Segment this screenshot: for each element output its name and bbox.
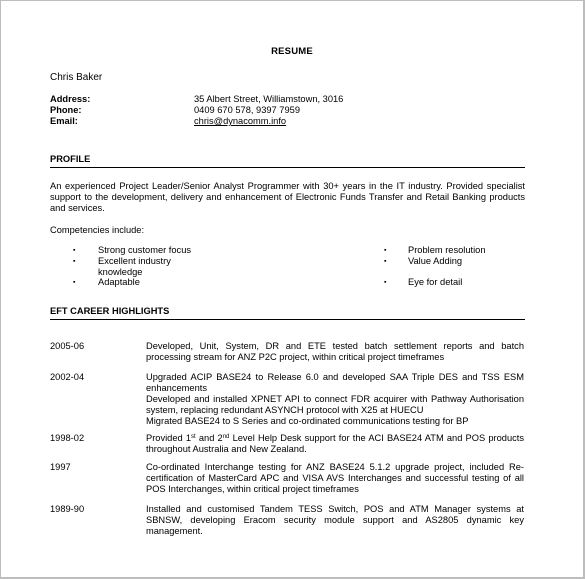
career-text: Provided 1 [146,433,191,443]
career-line: Migrated BASE24 to S Series and co-ordin… [146,416,524,427]
career-line: Co-ordinated Interchange testing for ANZ… [146,462,524,495]
phone-value: 0409 670 578, 9397 7959 [194,105,300,116]
competency-item: Excellent industry knowledge [98,256,188,278]
candidate-name: Chris Baker [50,72,102,83]
bullet-icon: ▪ [384,245,386,256]
bullet-icon: ▪ [73,277,75,288]
phone-label: Phone: [50,105,82,116]
career-year: 2002-04 [50,372,84,383]
competency-item: Eye for detail [408,277,462,288]
career-description: Installed and customised Tandem TESS Swi… [146,504,524,537]
resume-page: RESUME Chris Baker Address: 35 Albert St… [0,0,585,579]
address-label: Address: [50,94,90,105]
document-title: RESUME [1,46,583,57]
career-line: Upgraded ACIP BASE24 to Release 6.0 and … [146,372,524,394]
career-description: Co-ordinated Interchange testing for ANZ… [146,462,524,495]
profile-heading: PROFILE [50,154,525,168]
competency-item: Strong customer focus [98,245,191,256]
competency-item: Value Adding [408,256,462,267]
competency-item: Problem resolution [408,245,486,256]
career-line: Developed, Unit, System, DR and ETE test… [146,341,524,363]
career-line: Developed and installed XPNET API to con… [146,394,524,416]
career-description: Provided 1st and 2nd Level Help Desk sup… [146,433,524,455]
career-heading: EFT CAREER HIGHLIGHTS [50,306,525,320]
competencies-intro: Competencies include: [50,225,144,236]
email-link[interactable]: chris@dynacomm.info [194,116,286,127]
bullet-icon: ▪ [73,256,75,267]
career-year: 1998-02 [50,433,84,444]
career-year: 2005-06 [50,341,84,352]
profile-summary: An experienced Project Leader/Senior Ana… [50,181,525,214]
bullet-icon: ▪ [384,256,386,267]
bullet-icon: ▪ [384,277,386,288]
career-description: Developed, Unit, System, DR and ETE test… [146,341,524,363]
bullet-icon: ▪ [73,245,75,256]
email-label: Email: [50,116,78,127]
career-line: Installed and customised Tandem TESS Swi… [146,504,524,537]
career-text: and 2 [196,433,223,443]
address-value: 35 Albert Street, Williamstown, 3016 [194,94,343,105]
career-line: Provided 1st and 2nd Level Help Desk sup… [146,433,524,455]
career-description: Upgraded ACIP BASE24 to Release 6.0 and … [146,372,524,427]
competency-item: Adaptable [98,277,140,288]
career-year: 1989-90 [50,504,84,515]
career-year: 1997 [50,462,71,473]
